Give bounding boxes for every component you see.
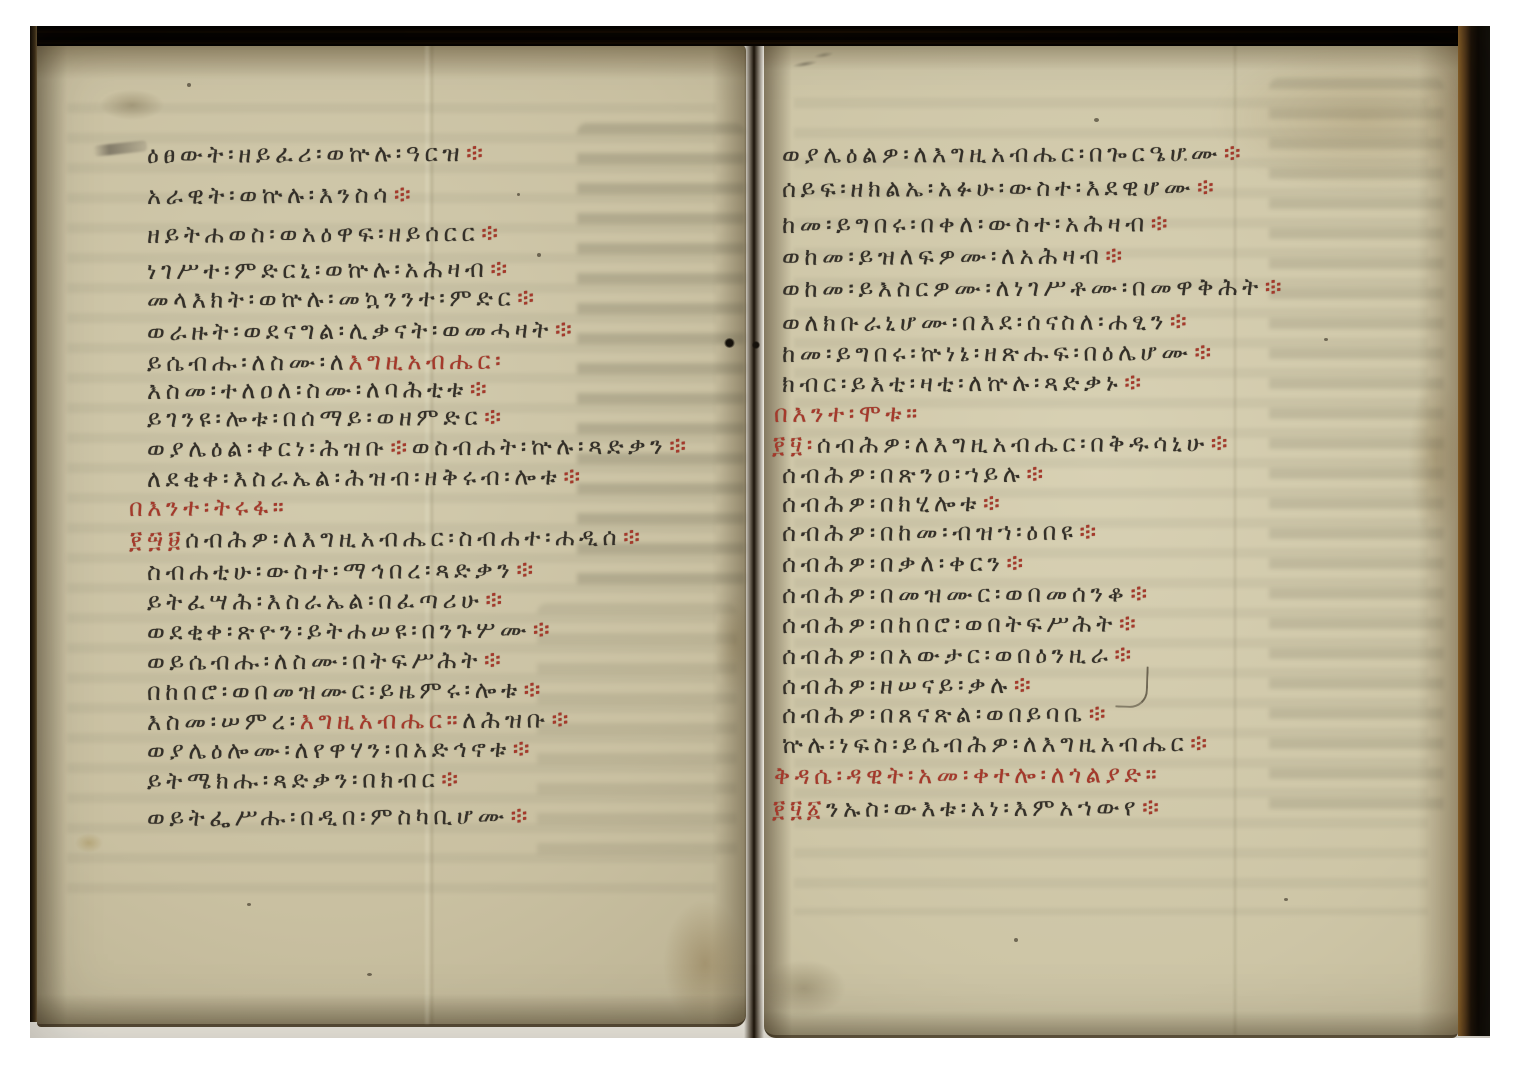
verse-divider-mark: ፨ [466, 139, 488, 167]
verse-divider-mark: ፨ [1130, 579, 1151, 607]
rubric-text-segment: ፻፶፩ [772, 795, 826, 823]
manuscript-line: ሰብሕዎ፡በጽንዐ፡ኀይሉ፨ [782, 462, 1048, 487]
verse-divider-mark: ፨ [623, 523, 645, 551]
rubric-text-segment: በእንተ፡ትሩፋ። [129, 493, 288, 522]
book-gutter [744, 26, 764, 1038]
manuscript-line: ወደቂቀ፡ጽዮን፡ይትሐሠዩ፡በንጉሦሙ፨ [147, 618, 554, 644]
manuscript-line: ስብሐቲሁ፡ውስተ፡ማኅበረ፡ጻድቃን፨ [147, 558, 538, 584]
manuscript-line: ወከመ፡ይእስርዎሙ፡ለነገሥቶሙ፡በመዋቅሕት፨ [782, 275, 1286, 301]
manuscript-line: ኵሉ፡ነፍስ፡ይሴብሕዎ፡ለእግዚአብሔር፨ [782, 731, 1212, 757]
verse-divider-mark: ፨ [1194, 338, 1215, 366]
page-edges-top [30, 26, 1490, 46]
verse-divider-mark: ፨ [1089, 700, 1110, 728]
text-segment: ከመ፡ይግበሩ፡ኵነኔ፡ዘጽሑፍ፡በዕሌሆሙ [782, 338, 1192, 368]
text-segment: ወያሌዕልዎ፡ለእግዚአብሔር፡በጐርዔሆሙ [782, 139, 1222, 169]
text-segment: ይትፈሣሕ፡እስራኤል፡በፈጣሪሁ [147, 586, 483, 616]
manuscript-line: ሰብሕዎ፡በቃለ፡ቀርን፨ [782, 551, 1028, 576]
manuscript-line: ሰብሕዎ፡በመዝሙር፡ወበመሰንቆ፨ [782, 581, 1152, 607]
manuscript-line: ወይትፌሥሑ፡በዲበ፡ምስካቢሆሙ፨ [147, 804, 532, 830]
verse-divider-mark: ፨ [1014, 671, 1035, 699]
page-right: ወያሌዕልዎ፡ለእግዚአብሔር፡በጐርዔሆሙ፨ሰይፍ፡ዘክልኤ፡አፉሁ፡ውስተ፡… [764, 38, 1458, 1038]
verse-divider-mark: ፨ [1119, 609, 1140, 637]
rubric-text-segment: በእንተ፡ሞቱ። [774, 399, 922, 428]
manuscript-line: ይትፈሣሕ፡እስራኤል፡በፈጣሪሁ፨ [147, 588, 507, 614]
verse-divider-mark: ፨ [555, 315, 577, 343]
manuscript-line: ይትሜክሑ፡ጻድቃን፡በክብር፨ [147, 767, 463, 793]
text-segment: መላእክት፡ወኵሉ፡መኳንንተ፡ምድር [147, 284, 515, 314]
verse-divider-mark: ፨ [1151, 209, 1172, 237]
text-segment: ሰይፍ፡ዘክልኤ፡አፉሁ፡ውስተ፡እደዊሆሙ [782, 173, 1195, 203]
manuscript-line: ሰብሕዎ፡ዘሠናይ፡ቃሉ፨ [782, 673, 1035, 698]
text-column-right: ወያሌዕልዎ፡ለእግዚአብሔር፡በጐርዔሆሙ፨ሰይፍ፡ዘክልኤ፡አፉሁ፡ውስተ፡… [764, 38, 1458, 1035]
manuscript-line: ቅዳሴ፡ዳዊት፡አመ፡ቀተሎ፡ለጎልያድ። [774, 762, 1161, 788]
manuscript-line: ዕፀውት፡ዘይፈሪ፡ወኵሉ፡ዓርዝ፨ [147, 141, 488, 167]
manuscript-line: ወያሌዕልዎ፡ለእግዚአብሔር፡በጐርዔሆሙ፨ [782, 141, 1245, 167]
text-segment: ነገሥተ፡ምድርኒ፡ወኵሉ፡አሕዛብ [147, 255, 489, 285]
verse-divider-mark: ፨ [513, 735, 535, 763]
manuscript-line: ሰብሕዎ፡በክሂሎቱ፨ [782, 491, 1004, 516]
text-segment: ሰብሕዎ፡በጽንዐ፡ኀይሉ [782, 460, 1024, 489]
verse-divider-mark: ፨ [1224, 139, 1245, 167]
verse-divider-mark: ፨ [516, 556, 538, 584]
text-segment: ሰብሕዎ፡በቃለ፡ቀርን [782, 549, 1004, 578]
manuscript-line: ፻፶፩ንኡስ፡ውእቱ፡አነ፡እምአኀውየ፨ [772, 795, 1164, 821]
text-segment: ሰብሕዎ፡በከመ፡ብዝኀ፡ዕበዩ [782, 518, 1077, 547]
verse-divider-mark: ፨ [484, 646, 506, 674]
text-segment: ሰብሕዎ፡በክሂሎቱ [782, 489, 981, 518]
screenshot-root: { "colors": { "ink": "#343029", "rubric"… [0, 0, 1515, 1071]
verse-divider-mark: ፨ [1190, 729, 1211, 757]
verse-divider-mark: ፨ [533, 616, 555, 644]
manuscript-line: ወራዙት፡ወደናግል፡ሊቃናት፡ወመሓዛት፨ [147, 317, 576, 344]
rubric-text-segment: ፻፵፱ [129, 526, 185, 554]
text-segment: ሰብሕዎ፡በመዝሙር፡ወበመሰንቆ [782, 579, 1129, 609]
manuscript-line: ሰብሕዎ፡በከበሮ፡ወበትፍሥሕት፨ [782, 611, 1140, 637]
text-segment: ሰብሕዎ፡በአውታር፡ወበዕንዚራ [782, 641, 1112, 670]
verse-divider-mark: ፨ [1114, 640, 1135, 668]
verse-divider-mark: ፨ [470, 375, 492, 403]
text-segment: ወያሌዕል፡ቀርነ፡ሕዝቡ [147, 434, 389, 463]
manuscript-line: አራዊት፡ወኵሉ፡እንስሳ፨ [147, 182, 415, 208]
manuscript-line: ሰብሕዎ፡በከመ፡ብዝኀ፡ዕበዩ፨ [782, 520, 1101, 545]
verse-divider-mark: ፨ [1265, 273, 1286, 301]
verse-divider-mark: ፨ [1079, 518, 1100, 546]
manuscript-line: መላእክት፡ወኵሉ፡መኳንንተ፡ምድር፨ [147, 286, 539, 312]
verse-divider-mark: ፨ [484, 403, 506, 431]
manuscript-line: ክብር፡ይእቲ፡ዛቲ፡ለኵሉ፡ጻድቃኑ፨ [782, 370, 1146, 396]
manuscript-line: ሰብሕዎ፡በጸናጽል፡ወበይባቤ፨ [782, 702, 1110, 727]
verse-divider-mark: ፨ [983, 489, 1004, 517]
manuscript-line: ከመ፡ይግበሩ፡ኵነኔ፡ዘጽሑፍ፡በዕሌሆሙ፨ [782, 340, 1216, 366]
verse-divider-mark: ፨ [1006, 549, 1027, 577]
manuscript-line: ነገሥተ፡ምድርኒ፡ወኵሉ፡አሕዛብ፨ [147, 257, 512, 283]
text-segment: ወከመ፡ይእስርዎሙ፡ለነገሥቶሙ፡በመዋቅሕት [782, 273, 1263, 303]
text-segment: ወስብሐት፡ኵሉ፡ጻድቃን [412, 432, 668, 462]
verse-divider-mark: ፨ [511, 802, 533, 830]
verse-divider-mark: ፨ [394, 180, 416, 208]
manuscript-line: ሰይፍ፡ዘክልኤ፡አፉሁ፡ውስተ፡እደዊሆሙ፨ [782, 175, 1218, 201]
rubric-text-segment: ቅዳሴ፡ዳዊት፡አመ፡ቀተሎ፡ለጎልያድ። [774, 760, 1161, 790]
manuscript-line: ይሴብሑ፡ለስሙ፡ለእግዚአብሔር፡ [147, 349, 505, 375]
page-left: ዕፀውት፡ዘይፈሪ፡ወኵሉ፡ዓርዝ፨አራዊት፡ወኵሉ፡እንስሳ፨ዘይትሐወስ፡ወ… [37, 43, 746, 1027]
text-segment: በከበሮ፡ወበመዝሙር፡ይዜምሩ፡ሎቱ [147, 676, 522, 706]
text-segment: ሰብሕዎ፡ለእግዚአብሔር፡ስብሐተ፡ሐዲሰ [185, 523, 621, 554]
manuscript-line: በከበሮ፡ወበመዝሙር፡ይዜምሩ፡ሎቱ፨ [147, 678, 545, 704]
text-column-left: ዕፀውት፡ዘይፈሪ፡ወኵሉ፡ዓርዝ፨አራዊት፡ወኵሉ፡እንስሳ፨ዘይትሐወስ፡ወ… [37, 43, 746, 1024]
text-segment: ሰብሕዎ፡ዘሠናይ፡ቃሉ [782, 671, 1012, 700]
manuscript-line: እስመ፡ሠምረ፡እግዚአብሔር።ለሕዝቡ፨ [147, 707, 573, 734]
manuscript-line: ለደቂቀ፡እስራኤል፡ሕዝብ፡ዘቅሩብ፡ሎቱ፨ [147, 464, 585, 491]
text-segment: ስብሐቲሁ፡ውስተ፡ማኅበረ፡ጻድቃን [147, 556, 514, 586]
text-segment: ለሕዝቡ [462, 706, 550, 735]
manuscript-line: እስመ፡ተለዐለ፡ስሙ፡ለባሕቲቱ፨ [147, 377, 491, 403]
manuscript-line: ፻፵፱ሰብሕዎ፡ለእግዚአብሔር፡ስብሐተ፡ሐዲሰ፨ [129, 525, 645, 552]
book-edge-left [30, 26, 37, 1022]
manuscript-line: በእንተ፡ትሩፋ። [129, 495, 288, 520]
page-edges-right [1458, 26, 1490, 1036]
text-segment: ንኡስ፡ውእቱ፡አነ፡እምአኀውየ [826, 793, 1140, 822]
text-segment: ወራዙት፡ወደናግል፡ሊቃናት፡ወመሓዛት [147, 316, 553, 346]
text-segment: ሰብሕዎ፡ለእግዚአብሔር፡በቅዱሳኒሁ [817, 429, 1209, 459]
rubric-text-segment: ፻፶፡ [772, 431, 817, 459]
manuscript-line: ከመ፡ይግበሩ፡በቀለ፡ውስተ፡አሕዛብ፨ [782, 211, 1172, 237]
verse-divider-mark: ፨ [390, 433, 412, 461]
manuscript-line: ይገንዩ፡ሎቱ፡በሰማይ፡ወዘምድር፨ [147, 405, 506, 431]
text-segment: ወከመ፡ይዝለፍዎሙ፡ለአሕዛብ [782, 242, 1104, 271]
text-segment: አራዊት፡ወኵሉ፡እንስሳ [147, 181, 392, 210]
text-segment: ይገንዩ፡ሎቱ፡በሰማይ፡ወዘምድር [147, 403, 482, 433]
ink-blot [724, 338, 735, 348]
manuscript-photo: ዕፀውት፡ዘይፈሪ፡ወኵሉ፡ዓርዝ፨አራዊት፡ወኵሉ፡እንስሳ፨ዘይትሐወስ፡ወ… [30, 26, 1490, 1038]
ink-blot [752, 341, 760, 349]
rubric-text-segment: እግዚአብሔር፡ [348, 347, 505, 376]
verse-divider-mark: ፨ [1170, 307, 1191, 335]
manuscript-line: ወከመ፡ይዝለፍዎሙ፡ለአሕዛብ፨ [782, 243, 1127, 269]
text-segment: ሰብሕዎ፡በጸናጽል፡ወበይባቤ [782, 700, 1087, 729]
text-segment: ኵሉ፡ነፍስ፡ይሴብሕዎ፡ለእግዚአብሔር [782, 729, 1188, 759]
text-segment: ይትሜክሑ፡ጻድቃን፡በክብር [147, 765, 439, 795]
manuscript-line: ፻፶፡ሰብሕዎ፡ለእግዚአብሔር፡በቅዱሳኒሁ፨ [772, 431, 1232, 457]
text-segment: ወለክቡራኒሆሙ፡በእደ፡ሰናስለ፡ሐፂን [782, 307, 1168, 337]
verse-divider-mark: ፨ [1105, 241, 1126, 269]
verse-divider-mark: ፨ [490, 255, 512, 283]
manuscript-line: በእንተ፡ሞቱ። [774, 401, 922, 426]
verse-divider-mark: ፨ [485, 586, 507, 614]
text-segment: እስመ፡ሠምረ፡ [147, 707, 300, 736]
manuscript-line: ዘይትሐወስ፡ወአዕዋፍ፡ዘይሰርር፨ [147, 221, 503, 247]
text-segment: እስመ፡ተለዐለ፡ስሙ፡ለባሕቲቱ [147, 375, 468, 405]
verse-divider-mark: ፨ [552, 705, 574, 733]
verse-divider-mark: ፨ [1211, 429, 1232, 457]
text-segment: ዘይትሐወስ፡ወአዕዋፍ፡ዘይሰርር [147, 219, 479, 249]
verse-divider-mark: ፨ [1197, 173, 1218, 201]
text-segment: ዕፀውት፡ዘይፈሪ፡ወኵሉ፡ዓርዝ [147, 139, 464, 169]
text-segment: ከመ፡ይግበሩ፡በቀለ፡ውስተ፡አሕዛብ [782, 209, 1149, 239]
text-segment: ወያሌዕሎሙ፡ለየዋሃን፡በአድኅኖቱ [147, 735, 511, 765]
rubric-text-segment: እግዚአብሔር። [300, 706, 463, 735]
text-segment: ይሴብሑ፡ለስሙ፡ለ [147, 348, 348, 377]
text-segment: ክብር፡ይእቲ፡ዛቲ፡ለኵሉ፡ጻድቃኑ [782, 369, 1122, 398]
text-segment: ሰብሕዎ፡በከበሮ፡ወበትፍሥሕት [782, 610, 1117, 639]
verse-divider-mark: ፨ [517, 284, 539, 312]
verse-divider-mark: ፨ [441, 765, 463, 793]
verse-divider-mark: ፨ [481, 219, 503, 247]
manuscript-line: ወያሌዕል፡ቀርነ፡ሕዝቡ፨ወስብሐት፡ኵሉ፡ጻድቃን፨ [147, 434, 691, 461]
manuscript-line: ወያሌዕሎሙ፡ለየዋሃን፡በአድኅኖቱ፨ [147, 737, 534, 763]
text-segment: ወይትፌሥሑ፡በዲበ፡ምስካቢሆሙ [147, 802, 509, 832]
verse-divider-mark: ፨ [563, 462, 585, 490]
verse-divider-mark: ፨ [1124, 368, 1145, 396]
verse-divider-mark: ፨ [669, 432, 691, 460]
manuscript-line: ወለክቡራኒሆሙ፡በእደ፡ሰናስለ፡ሐፂን፨ [782, 309, 1191, 335]
verse-divider-mark: ፨ [1026, 460, 1047, 488]
text-segment: ወደቂቀ፡ጽዮን፡ይትሐሠዩ፡በንጉሦሙ [147, 616, 531, 646]
manuscript-line: ወይሴብሑ፡ለስሙ፡በትፍሥሕት፨ [147, 648, 505, 674]
manuscript-line: ሰብሕዎ፡በአውታር፡ወበዕንዚራ፨ [782, 642, 1136, 668]
text-segment: ለደቂቀ፡እስራኤል፡ሕዝብ፡ዘቅሩብ፡ሎቱ [147, 462, 562, 493]
text-segment: ወይሴብሑ፡ለስሙ፡በትፍሥሕት [147, 646, 482, 676]
verse-divider-mark: ፨ [1142, 793, 1163, 821]
verse-divider-mark: ፨ [524, 676, 546, 704]
